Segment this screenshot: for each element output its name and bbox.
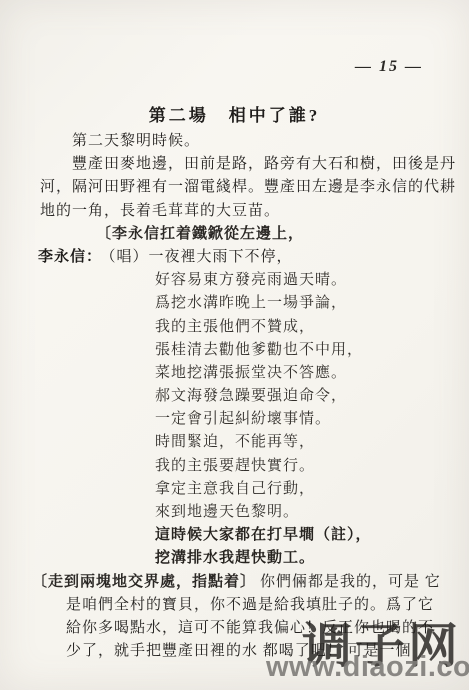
text-line: 拿定主意我自己行動， bbox=[38, 478, 443, 501]
line-text: 豐產田麥地邊，田前是路，路旁有大石和樹，田後是丹 bbox=[72, 156, 456, 172]
line-text: 這時候大家都在打早墹（註）， bbox=[155, 527, 372, 543]
line-text: 地的一角，長着毛茸茸的大豆苗。 bbox=[40, 203, 280, 219]
line-text: 我的主張他們不贊成， bbox=[155, 319, 315, 335]
line-text: 郝文海發急躁要强迫命令， bbox=[155, 388, 347, 404]
line-text: 〔李永信扛着鐵鍁從左邊上， bbox=[96, 226, 304, 242]
scene-title: 第二場 相中了誰? bbox=[0, 101, 469, 126]
text-line: 豐產田麥地邊，田前是路，路旁有大石和樹，田後是丹 bbox=[38, 153, 443, 176]
line-text: 菜地挖溝張振堂决不答應。 bbox=[155, 365, 347, 381]
text-line: 我的主張要趕快實行。 bbox=[38, 455, 443, 478]
text-line: 爲挖水溝昨晚上一場爭論， bbox=[38, 292, 443, 315]
text-line: 挖溝排水我趕快動工。 bbox=[38, 547, 443, 570]
line-text: 來到地邊天色黎明。 bbox=[155, 504, 299, 520]
text-line: 第二天黎明時候。 bbox=[38, 130, 443, 153]
text-line: 來到地邊天色黎明。 bbox=[38, 501, 443, 524]
stage-direction: 〔走到兩塊地交界處，指點着〕 bbox=[32, 574, 256, 590]
line-text: 第二天黎明時候。 bbox=[72, 133, 200, 149]
text-line: 地的一角，長着毛茸茸的大豆苗。 bbox=[38, 200, 443, 223]
text-line: 這時候大家都在打早墹（註）， bbox=[38, 524, 443, 547]
text-line: 好容易東方發亮雨過天晴。 bbox=[38, 269, 443, 292]
line-text: 時間緊迫，不能再等， bbox=[155, 434, 315, 450]
watermark-site-url: www.diaozi.com bbox=[266, 651, 469, 684]
text-line: 一定會引起糾紛壞事情。 bbox=[38, 408, 443, 431]
line-text: 你們倆都是我的，可是 它 bbox=[260, 574, 441, 590]
line-text: 張桂清去勸他爹勸也不中用， bbox=[155, 342, 363, 358]
text-line: 〔走到兩塊地交界處，指點着〕你們倆都是我的，可是 它 bbox=[32, 571, 443, 594]
text-line: 時間緊迫，不能再等， bbox=[38, 431, 443, 454]
text-line: 河，隔河田野裡有一溜電綫桿。豐產田左邊是李永信的代耕 bbox=[38, 176, 443, 199]
line-text: 爲挖水溝昨晚上一場爭論， bbox=[155, 295, 347, 311]
line-text: 挖溝排水我趕快動工。 bbox=[155, 550, 315, 566]
text-line: 我的主張他們不贊成， bbox=[38, 316, 443, 339]
line-text: 一定會引起糾紛壞事情。 bbox=[155, 411, 331, 427]
line-text: 我的主張要趕快實行。 bbox=[155, 458, 315, 474]
text-line: 李永信：（唱）一夜裡大雨下不停， bbox=[38, 246, 443, 269]
line-text: 好容易東方發亮雨過天晴。 bbox=[155, 272, 347, 288]
line-text: （唱）一夜裡大雨下不停， bbox=[108, 249, 293, 265]
page-number: — 15 — bbox=[355, 58, 423, 76]
line-text: 河，隔河田野裡有一溜電綫桿。豐產田左邊是李永信的代耕 bbox=[40, 179, 456, 195]
text-lines: 第二天黎明時候。豐產田麥地邊，田前是路，路旁有大石和樹，田後是丹河，隔河田野裡有… bbox=[38, 130, 443, 663]
text-line: 〔李永信扛着鐵鍁從左邊上， bbox=[38, 223, 443, 246]
text-line: 張桂清去勸他爹勸也不中用， bbox=[38, 339, 443, 362]
scanned-script-page: — 15 — 第二場 相中了誰? 第二天黎明時候。豐產田麥地邊，田前是路，路旁有… bbox=[0, 0, 469, 690]
speaker-name: 李永信： bbox=[38, 249, 102, 265]
text-line: 郝文海發急躁要强迫命令， bbox=[38, 385, 443, 408]
text-line: 菜地挖溝張振堂决不答應。 bbox=[38, 362, 443, 385]
line-text: 拿定主意我自己行動， bbox=[155, 481, 315, 497]
